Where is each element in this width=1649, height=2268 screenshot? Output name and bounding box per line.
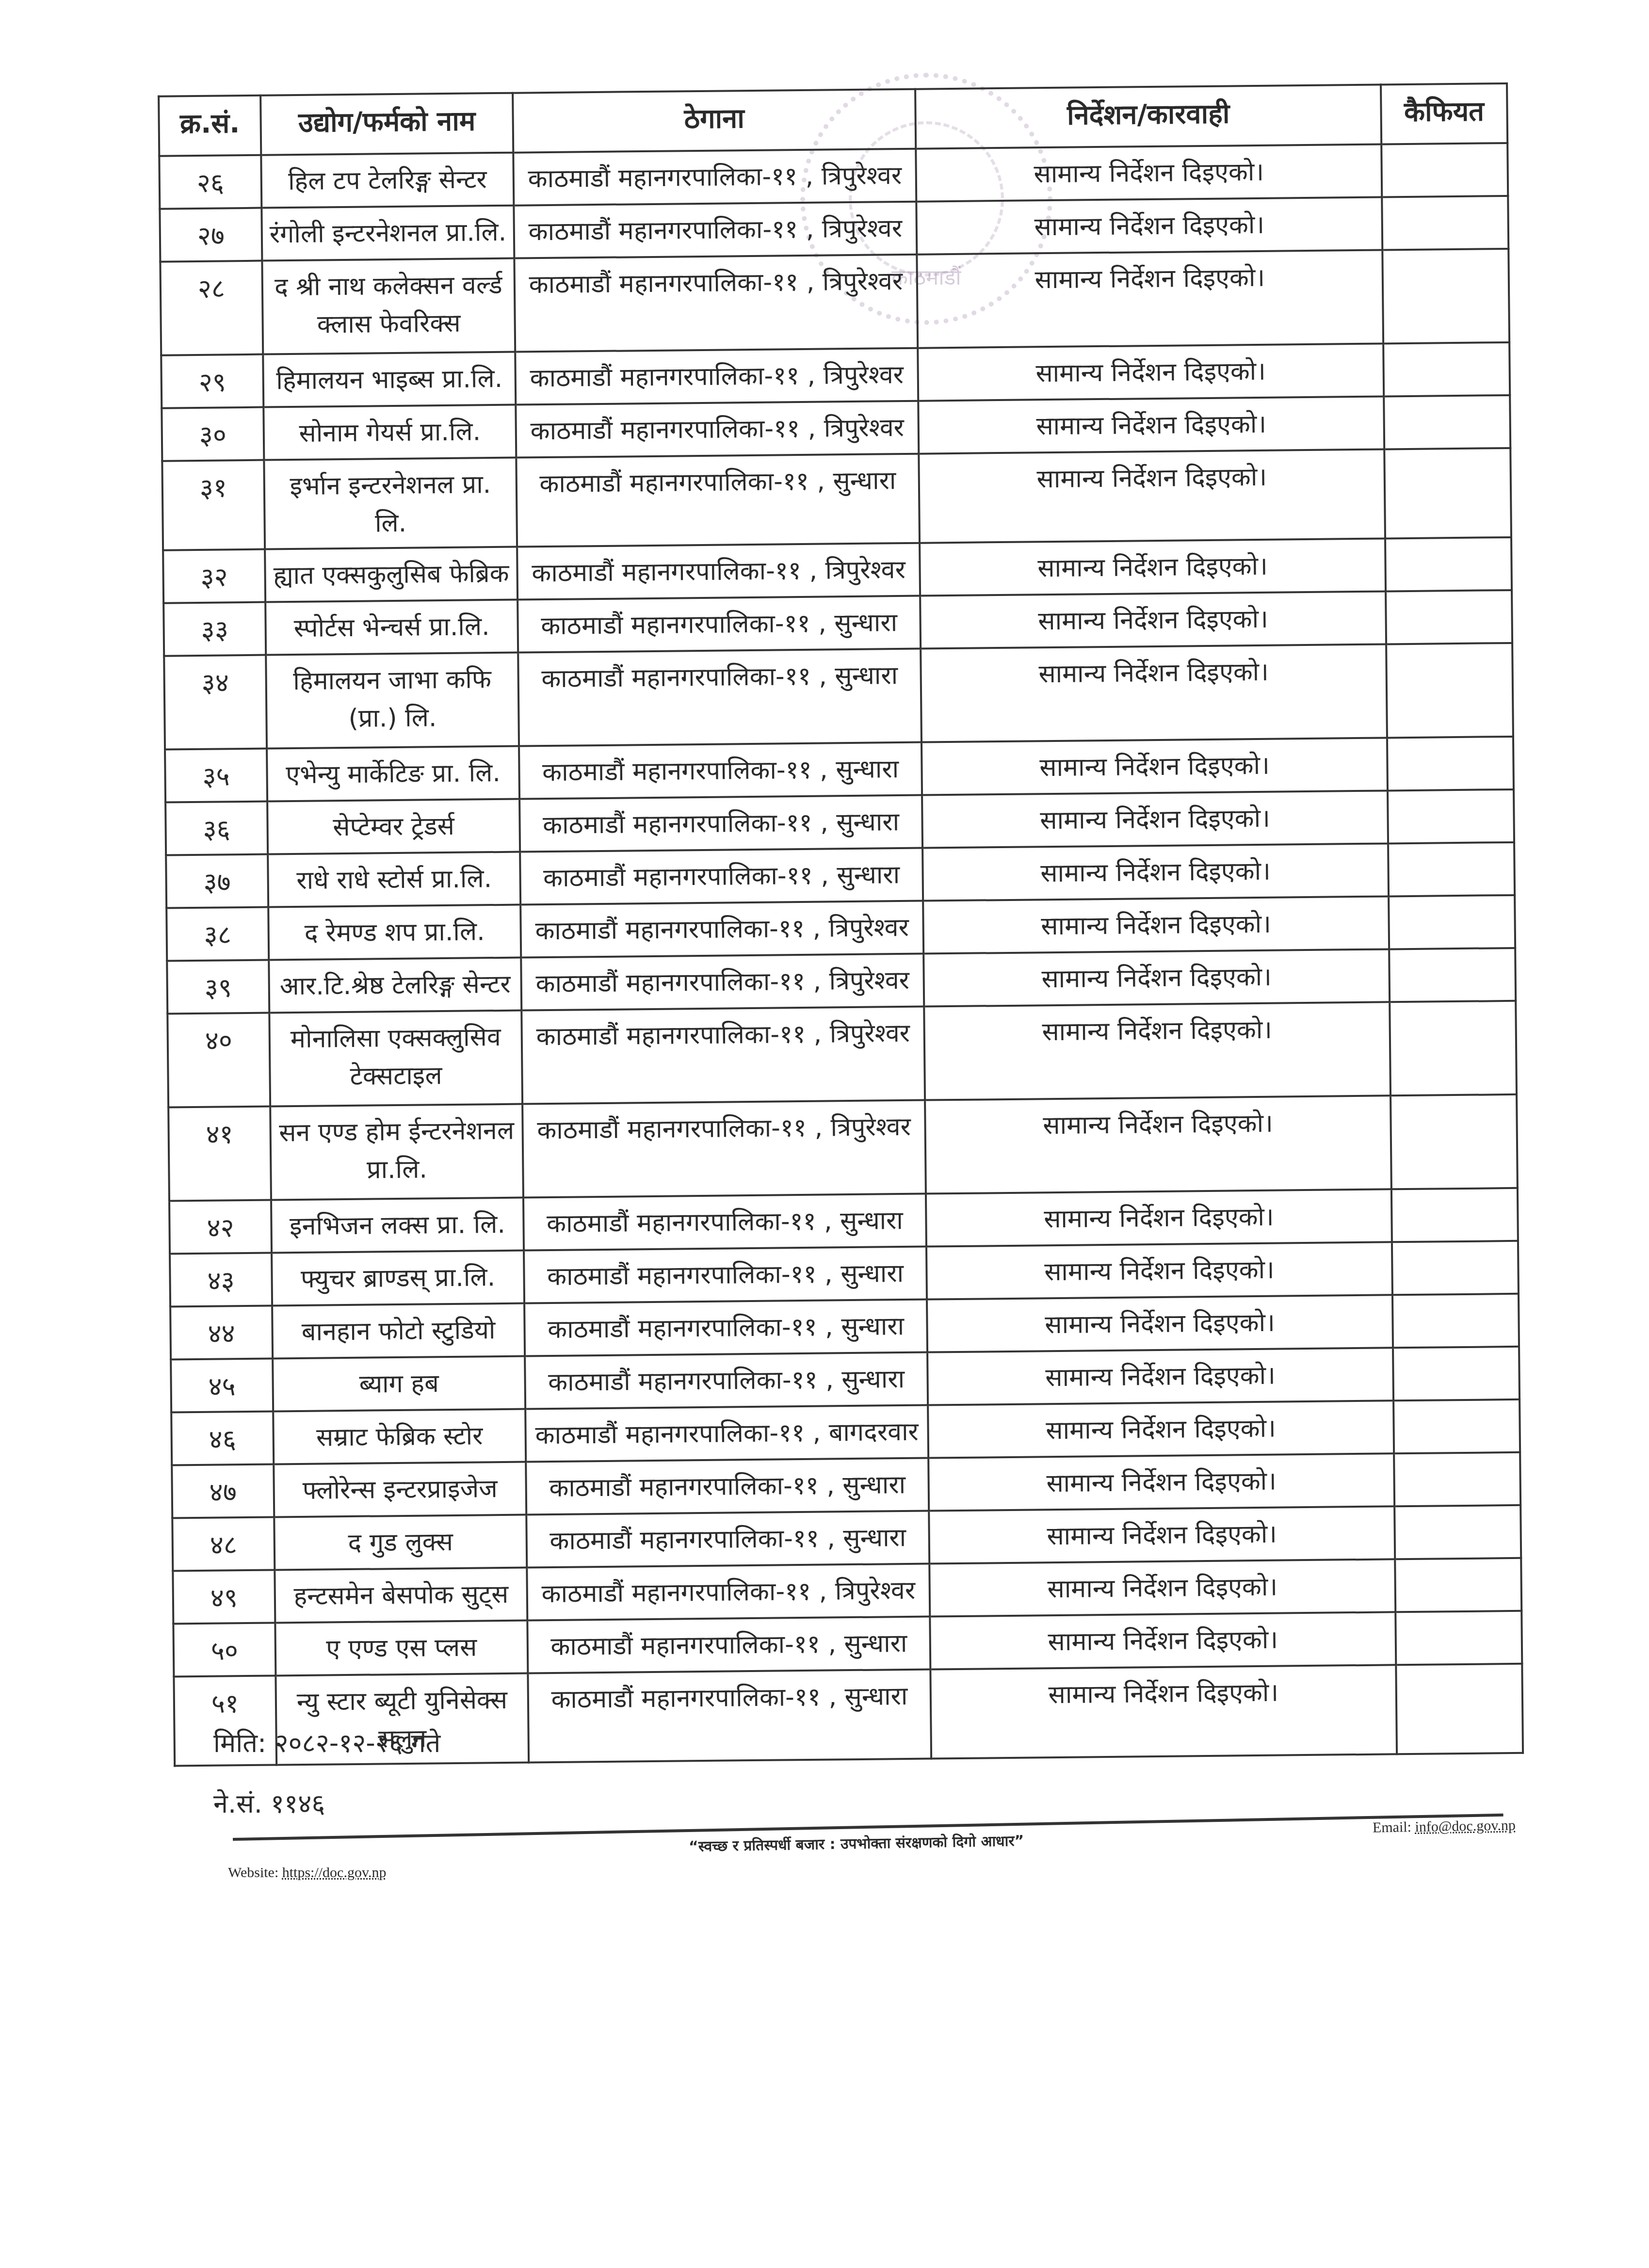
serial-cell: ४६ xyxy=(171,1412,274,1465)
firm-name-cell: हन्टसमेन बेसपोक सुट्स xyxy=(275,1568,527,1623)
remarks-cell xyxy=(1384,448,1511,538)
serial-cell: २८ xyxy=(160,261,263,355)
address-cell: काठमाडौं महानगरपालिका-११ , सुन्धारा xyxy=(526,1458,929,1515)
table-row: ४०मोनालिसा एक्सक्लुसिव टेक्सटाइलकाठमाडौं… xyxy=(167,1001,1517,1108)
serial-cell: ४० xyxy=(167,1013,270,1108)
address-cell: काठमाडौं महानगरपालिका-११ , सुन्धारा xyxy=(518,649,921,746)
address-cell: काठमाडौं महानगरपालिका-११ , सुन्धारा xyxy=(528,1670,931,1763)
address-cell: काठमाडौं महानगरपालिका-११ , सुन्धारा xyxy=(527,1617,930,1673)
directive-cell: सामान्य निर्देशन दिइएको। xyxy=(929,1559,1395,1616)
firm-name-cell: आर.टि.श्रेष्ठ टेलरिङ्ग सेन्टर xyxy=(269,958,521,1013)
address-cell: काठमाडौं महानगरपालिका-११ , त्रिपुरेश्वर xyxy=(514,202,917,258)
directive-cell: सामान्य निर्देशन दिइएको। xyxy=(919,449,1385,543)
table-row: ३१इर्भान इन्टरनेशनल प्रा. लि.काठमाडौं मह… xyxy=(162,448,1511,550)
serial-cell: ५१ xyxy=(174,1676,276,1766)
firm-name-cell: ब्याग हब xyxy=(273,1356,525,1412)
directive-cell: सामान्य निर्देशन दिइएको। xyxy=(916,144,1382,201)
firm-name-cell: ए एण्ड एस प्लस xyxy=(275,1621,528,1676)
address-cell: काठमाडौं महानगरपालिका-११ , त्रिपुरेश्वर xyxy=(513,149,916,206)
remarks-cell xyxy=(1392,1294,1519,1348)
remarks-cell xyxy=(1382,249,1509,343)
directive-cell: सामान्य निर्देशन दिइएको। xyxy=(926,1189,1392,1246)
directive-cell: सामान्य निर्देशन दिइएको। xyxy=(928,1453,1394,1511)
remarks-cell xyxy=(1390,1001,1517,1095)
firm-name-cell: द रेमण्ड शप प्रा.लि. xyxy=(268,905,521,960)
firm-name-cell: इनभिजन लक्स प्रा. लि. xyxy=(271,1198,524,1253)
header-address: ठेगाना xyxy=(513,89,916,153)
email-label: Email: xyxy=(1373,1819,1415,1836)
address-cell: काठमाडौं महानगरपालिका-११ , त्रिपुरेश्वर xyxy=(522,1100,926,1198)
firm-name-cell: ह्यात एक्सकुलुसिब फेब्रिक xyxy=(265,547,517,602)
inspection-table: क्र.सं. उद्योग/फर्मको नाम ठेगाना निर्देश… xyxy=(158,82,1524,1767)
firm-name-cell: स्पोर्टस भेन्चर्स प्रा.लि. xyxy=(265,600,518,655)
remarks-cell xyxy=(1394,1452,1520,1506)
serial-cell: २६ xyxy=(159,155,261,209)
remarks-cell xyxy=(1383,342,1510,396)
serial-cell: ४९ xyxy=(173,1570,275,1624)
address-cell: काठमाडौं महानगरपालिका-११ , त्रिपुरेश्वर xyxy=(514,255,918,352)
firm-name-cell: सेप्टेम्वर ट्रेडर्स xyxy=(267,799,520,854)
remarks-cell xyxy=(1392,1241,1519,1295)
firm-name-cell: एभेन्यु मार्केटिङ प्रा. लि. xyxy=(267,746,519,802)
serial-cell: ४४ xyxy=(170,1306,273,1360)
table-row: ५१न्यु स्टार ब्यूटी युनिसेक्स सलुनकाठमाड… xyxy=(174,1664,1523,1766)
document-page: काठमाडौं क्र.सं. उद्योग/फर्मको नाम ठेगान… xyxy=(0,0,1649,2268)
serial-cell: ३८ xyxy=(166,907,269,961)
address-cell: काठमाडौं महानगरपालिका-११ , बागदरवार xyxy=(525,1405,928,1462)
table-row: ४१सन एण्ड होम ईन्टरनेशनल प्रा.लि.काठमाडौ… xyxy=(168,1094,1518,1201)
serial-cell: ३३ xyxy=(163,602,266,656)
serial-cell: ४२ xyxy=(169,1200,272,1254)
directive-cell: सामान्य निर्देशन दिइएको। xyxy=(922,843,1389,901)
serial-cell: ३९ xyxy=(167,960,269,1014)
directive-cell: सामान्य निर्देशन दिइएको। xyxy=(916,197,1382,254)
table-body: २६हिल टप टेलरिङ्ग सेन्टरकाठमाडौं महानगरप… xyxy=(159,143,1523,1766)
remarks-cell xyxy=(1386,590,1512,644)
firm-name-cell: इर्भान इन्टरनेशनल प्रा. लि. xyxy=(264,458,517,549)
firm-name-cell: हिमालयन भाइब्स प्रा.लि. xyxy=(263,352,516,407)
header-remarks: कैफियत xyxy=(1381,83,1507,144)
directive-cell: सामान्य निर्देशन दिइएको। xyxy=(923,949,1390,1006)
firm-name-cell: रंगोली इन्टरनेशनल प्रा.लि. xyxy=(261,206,514,261)
address-cell: काठमाडौं महानगरपालिका-११ , सुन्धारा xyxy=(524,1300,927,1356)
firm-name-cell: फ्लोरेन्स इन्टरप्राइजेज xyxy=(274,1462,526,1517)
serial-cell: ३७ xyxy=(166,854,268,908)
directive-cell: सामान्य निर्देशन दिइएको। xyxy=(926,1242,1392,1299)
address-cell: काठमाडौं महानगरपालिका-११ , सुन्धारा xyxy=(519,795,922,852)
firm-name-cell: हिमालयन जाभा कफि (प्रा.) लि. xyxy=(266,653,519,749)
remarks-cell xyxy=(1389,948,1516,1002)
serial-cell: २७ xyxy=(160,208,262,262)
header-firm-name: उद्योग/फर्मको नाम xyxy=(260,93,513,155)
remarks-cell xyxy=(1394,1505,1521,1559)
serial-cell: ४८ xyxy=(172,1517,275,1571)
firm-name-cell: द गुड लुक्स xyxy=(274,1515,527,1570)
directive-cell: सामान्य निर्देशन दिइएको। xyxy=(918,343,1384,401)
serial-cell: ४५ xyxy=(171,1359,273,1413)
remarks-cell xyxy=(1384,395,1510,449)
address-cell: काठमाडौं महानगरपालिका-११ , सुन्धारा xyxy=(525,1352,928,1409)
serial-cell: ३४ xyxy=(164,655,267,750)
footer-email: Email: info@doc.gov.np xyxy=(1373,1817,1516,1836)
firm-name-cell: राधे राधे स्टोर्स प्रा.लि. xyxy=(268,852,520,907)
footer-divider xyxy=(233,1814,1503,1841)
directive-cell: सामान्य निर्देशन दिइएको। xyxy=(922,790,1388,848)
serial-cell: ३५ xyxy=(165,749,267,803)
remarks-cell xyxy=(1395,1611,1522,1665)
address-cell: काठमाडौं महानगरपालिका-११ , सुन्धारा xyxy=(520,848,923,905)
remarks-cell xyxy=(1389,895,1515,949)
footer-website: Website: https://doc.gov.np xyxy=(228,1865,386,1881)
address-cell: काठमाडौं महानगरपालिका-११ , त्रिपुरेश्वर xyxy=(521,1007,925,1104)
directive-cell: सामान्य निर्देशन दिइएको। xyxy=(917,250,1383,348)
remarks-cell xyxy=(1382,196,1508,250)
address-cell: काठमाडौं महानगरपालिका-११ , सुन्धारा xyxy=(516,454,920,547)
email-link[interactable]: info@doc.gov.np xyxy=(1415,1817,1516,1835)
directive-cell: सामान्य निर्देशन दिइएको। xyxy=(930,1612,1396,1669)
nepal-sambat-line: ने.सं. ११४६ xyxy=(213,1785,325,1820)
remarks-cell xyxy=(1387,737,1514,790)
directive-cell: सामान्य निर्देशन दिइएको। xyxy=(929,1506,1395,1563)
remarks-cell xyxy=(1393,1347,1520,1400)
directive-cell: सामान्य निर्देशन दिइएको। xyxy=(930,1665,1397,1758)
remarks-cell xyxy=(1391,1188,1518,1242)
serial-cell: ३० xyxy=(162,407,264,461)
directive-cell: सामान्य निर्देशन दिइएको। xyxy=(921,644,1387,742)
firm-name-cell: फ्युचर ब्राण्डस् प्रा.लि. xyxy=(272,1251,524,1306)
directive-cell: सामान्य निर्देशन दिइएको। xyxy=(927,1295,1393,1352)
firm-name-cell: बानहान फोटो स्टुडियो xyxy=(272,1303,525,1359)
address-cell: काठमाडौं महानगरपालिका-११ , सुन्धारा xyxy=(524,1247,927,1303)
address-cell: काठमाडौं महानगरपालिका-११ , सुन्धारा xyxy=(517,596,921,653)
header-serial: क्र.सं. xyxy=(159,96,261,156)
table-row: २८द श्री नाथ कलेक्सन वर्ल्ड क्लास फेवरिक… xyxy=(160,249,1509,355)
table-row: ३४हिमालयन जाभा कफि (प्रा.) लि.काठमाडौं म… xyxy=(164,643,1513,750)
website-label: Website: xyxy=(228,1865,282,1881)
address-cell: काठमाडौं महानगरपालिका-११ , सुन्धारा xyxy=(526,1511,929,1568)
address-cell: काठमाडौं महानगरपालिका-११ , त्रिपुरेश्वर xyxy=(515,348,918,405)
firm-name-cell: मोनालिसा एक्सक्लुसिव टेक्सटाइल xyxy=(269,1011,522,1107)
address-cell: काठमाडौं महानगरपालिका-११ , त्रिपुरेश्वर xyxy=(521,954,924,1011)
website-link[interactable]: https://doc.gov.np xyxy=(282,1865,387,1881)
serial-cell: २९ xyxy=(161,354,263,408)
address-cell: काठमाडौं महानगरपालिका-११ , सुन्धारा xyxy=(519,742,922,799)
directive-cell: सामान्य निर्देशन दिइएको। xyxy=(925,1095,1391,1193)
remarks-cell xyxy=(1396,1664,1523,1754)
address-cell: काठमाडौं महानगरपालिका-११ , त्रिपुरेश्वर xyxy=(517,543,920,600)
serial-cell: ४७ xyxy=(172,1464,274,1518)
remarks-cell xyxy=(1390,1094,1518,1189)
firm-name-cell: सोनाम गेयर्स प्रा.लि. xyxy=(263,405,516,460)
remarks-cell xyxy=(1381,143,1508,197)
directive-cell: सामान्य निर्देशन दिइएको। xyxy=(920,538,1386,595)
serial-cell: ३२ xyxy=(163,549,265,603)
serial-cell: ३१ xyxy=(162,460,265,550)
directive-cell: सामान्य निर्देशन दिइएको। xyxy=(921,738,1388,795)
inspection-table-container: क्र.सं. उद्योग/फर्मको नाम ठेगाना निर्देश… xyxy=(158,82,1522,1767)
address-cell: काठमाडौं महानगरपालिका-११ , त्रिपुरेश्वर xyxy=(516,401,919,458)
firm-name-cell: हिल टप टेलरिङ्ग सेन्टर xyxy=(261,153,514,208)
remarks-cell xyxy=(1388,842,1515,896)
firm-name-cell: सम्राट फेब्रिक स्टोर xyxy=(273,1409,526,1464)
directive-cell: सामान्य निर्देशन दिइएको। xyxy=(920,591,1386,648)
address-cell: काठमाडौं महानगरपालिका-११ , त्रिपुरेश्वर xyxy=(520,901,923,958)
address-cell: काठमाडौं महानगरपालिका-११ , सुन्धारा xyxy=(523,1194,926,1251)
serial-cell: ५० xyxy=(173,1623,275,1677)
firm-name-cell: सन एण्ड होम ईन्टरनेशनल प्रा.लि. xyxy=(270,1104,523,1200)
directive-cell: सामान्य निर्देशन दिइएको। xyxy=(927,1348,1393,1405)
serial-cell: ३६ xyxy=(165,802,268,855)
serial-cell: ४१ xyxy=(168,1107,271,1201)
firm-name-cell: न्यु स्टार ब्यूटी युनिसेक्स सलुन xyxy=(275,1673,529,1765)
address-cell: काठमाडौं महानगरपालिका-११ , त्रिपुरेश्वर xyxy=(527,1564,930,1621)
footer-slogan: “स्वच्छ र प्रतिस्पर्धी बजार : उपभोक्ता स… xyxy=(689,1830,1024,1856)
serial-cell: ४३ xyxy=(170,1253,272,1307)
remarks-cell xyxy=(1385,537,1512,591)
header-directive: निर्देशन/कारवाही xyxy=(915,84,1381,148)
directive-cell: सामान्य निर्देशन दिइएको। xyxy=(924,1002,1390,1100)
remarks-cell xyxy=(1388,789,1514,843)
directive-cell: सामान्य निर्देशन दिइएको। xyxy=(923,896,1389,953)
directive-cell: सामान्य निर्देशन दिइएको। xyxy=(928,1400,1394,1458)
firm-name-cell: द श्री नाथ कलेक्सन वर्ल्ड क्लास फेवरिक्स xyxy=(262,258,515,354)
directive-cell: सामान्य निर्देशन दिइएको। xyxy=(918,396,1384,453)
remarks-cell xyxy=(1386,643,1513,738)
remarks-cell xyxy=(1395,1558,1521,1612)
remarks-cell xyxy=(1393,1399,1520,1453)
